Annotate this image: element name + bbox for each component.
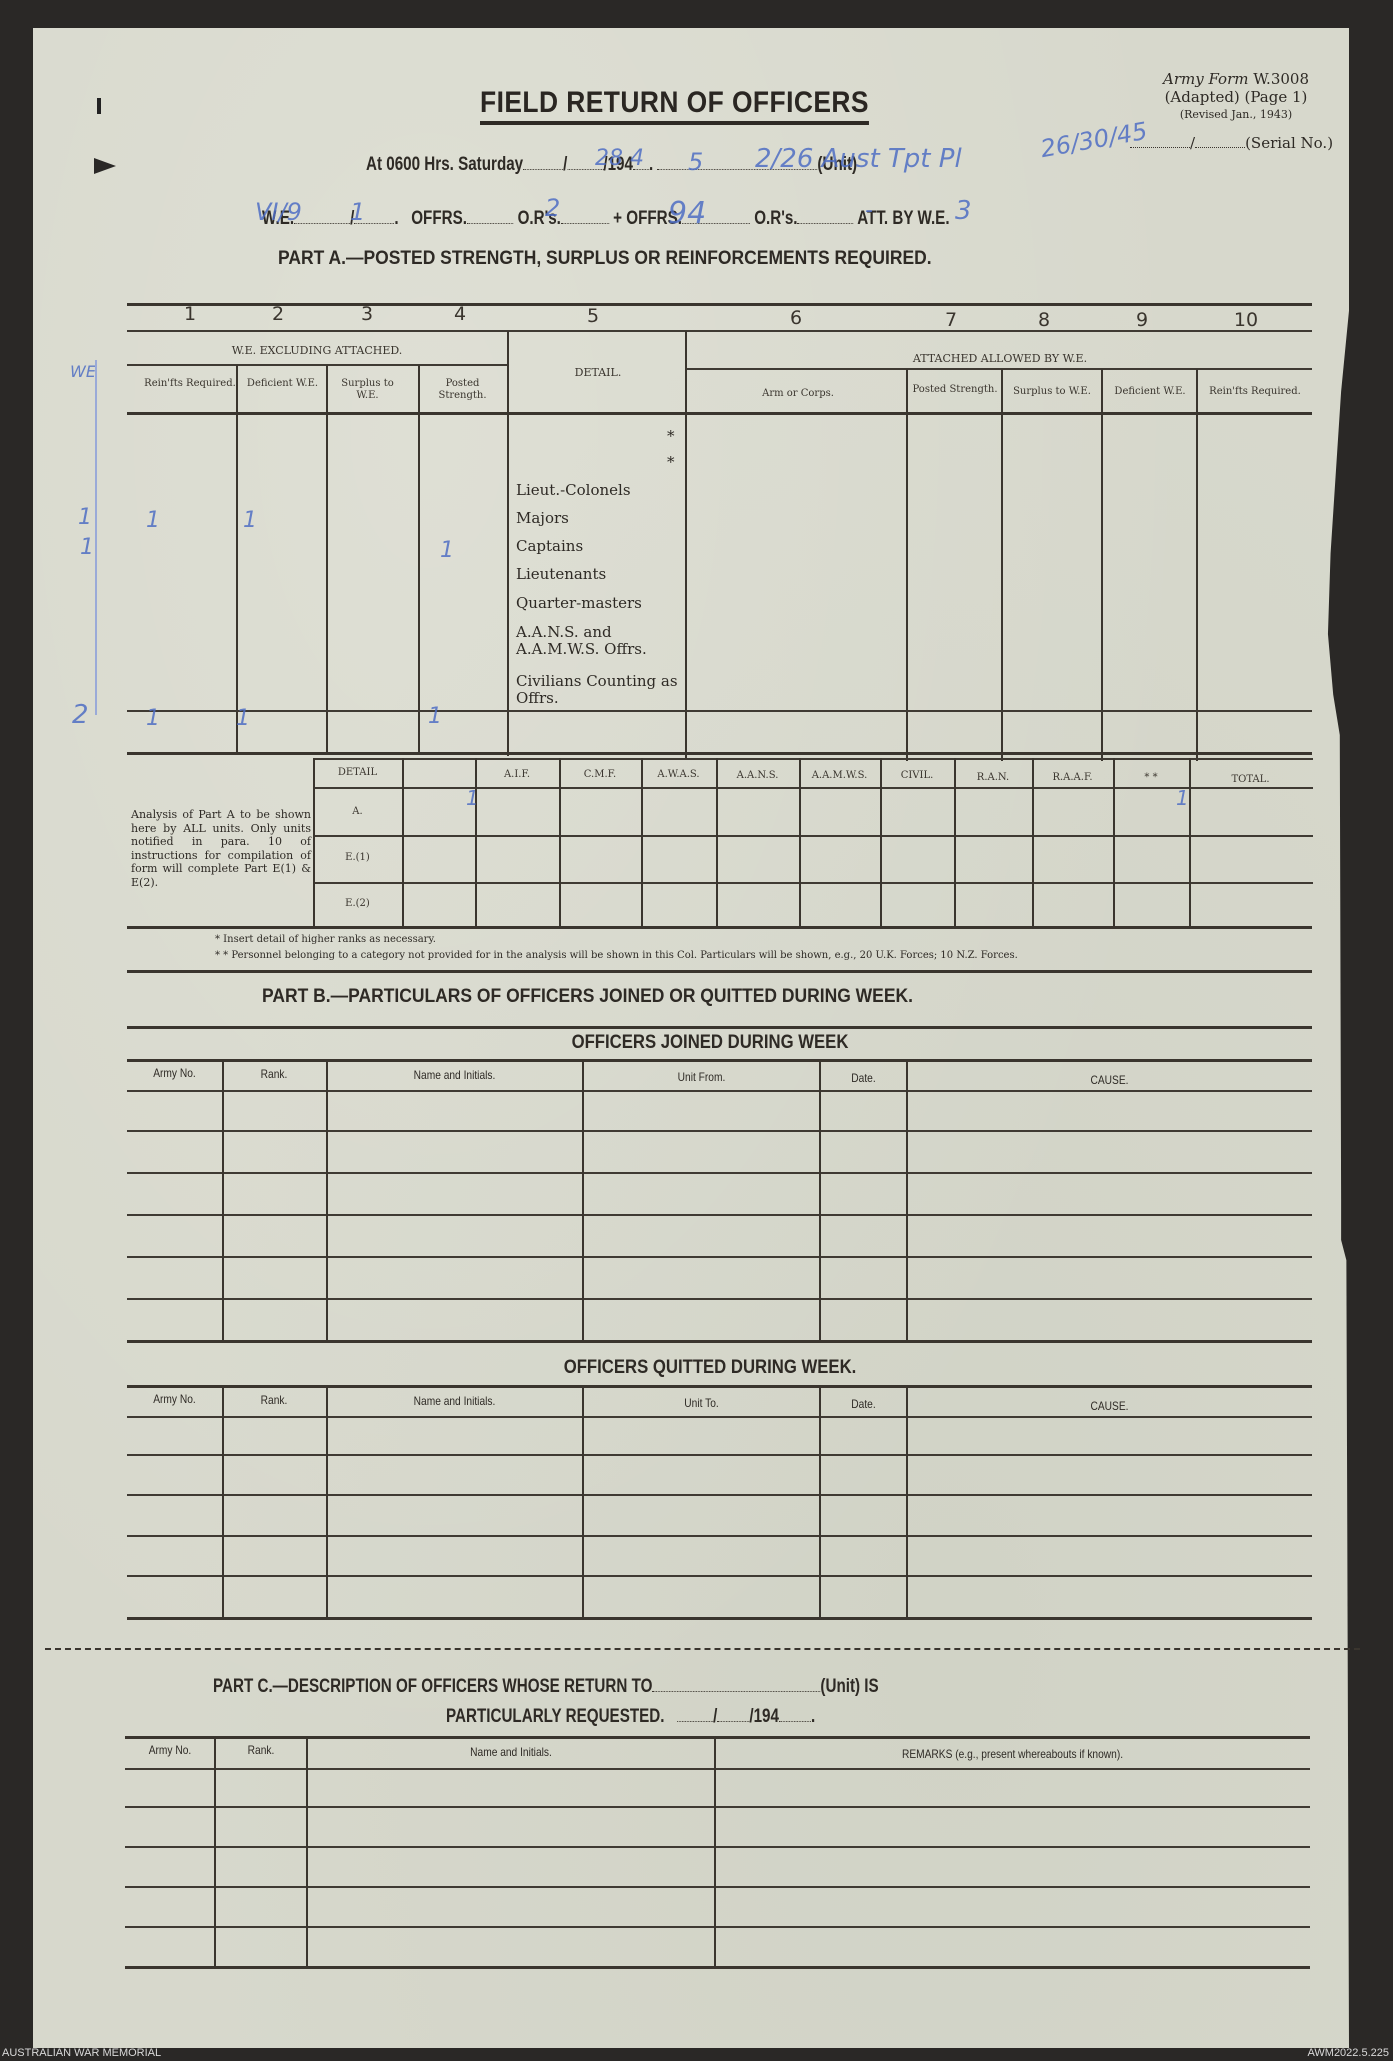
footnote-1: * Insert detail of higher ranks as neces… — [215, 934, 436, 945]
majors-reinfts: 1 — [146, 508, 160, 533]
col-deficient-we: Deficient W.E. — [240, 378, 325, 390]
unit-handwritten[interactable]: 2/26 Aust Tpt Pl — [755, 144, 962, 174]
offrs2-handwritten: - — [865, 198, 873, 223]
perforation-line[interactable] — [45, 1648, 1360, 1650]
col-attached-reinfts: Rein'fts Required. — [1198, 386, 1312, 398]
rank-lieutenants: Lieutenants — [516, 566, 606, 583]
margin-bracket — [95, 360, 97, 715]
col-number-9: 9 — [1122, 309, 1162, 331]
rule — [125, 1966, 1310, 1969]
rule — [125, 1736, 1310, 1739]
rule — [127, 926, 1312, 929]
divider — [716, 758, 718, 928]
rule — [127, 303, 1312, 306]
rank-majors: Majors — [516, 510, 569, 527]
part-c-row-line — [125, 1806, 1310, 1808]
ors2-handwritten: 3 — [955, 196, 972, 226]
asterisk-2: * — [667, 454, 675, 471]
rule — [127, 970, 1312, 973]
analysis-col-total: TOTAL. — [1189, 774, 1312, 786]
joined-col-unit-from: Unit From. — [601, 1070, 802, 1084]
day-handwritten: 28 4 — [595, 146, 644, 171]
joined-row-line — [127, 1214, 1312, 1216]
divider — [1101, 369, 1103, 761]
divider — [507, 331, 509, 756]
col-number-4: 4 — [440, 303, 480, 325]
punch-mark — [97, 98, 101, 114]
analysis-col-aamws: A.A.M.W.S. — [799, 770, 880, 782]
serial-field[interactable]: /(Serial No.) — [1130, 134, 1333, 152]
rule — [127, 1340, 1312, 1343]
joined-row-line — [127, 1256, 1312, 1258]
joined-row-line — [127, 1130, 1312, 1132]
form-ref-code: W.3008 — [1253, 70, 1309, 88]
margin-we-note: WE — [70, 362, 96, 381]
analysis-col-civil: CIVIL. — [880, 770, 954, 782]
rank-quarter-masters: Quarter-masters — [516, 595, 642, 612]
form-ref-italic: Army Form — [1163, 70, 1248, 88]
joined-col-rank: Rank. — [230, 1067, 318, 1081]
divider — [236, 365, 238, 755]
time-day-label: At 0600 Hrs. Saturday — [366, 154, 523, 175]
analysis-a-other-handwritten: 1 — [1176, 786, 1189, 810]
rank-aans-aamws: A.A.N.S. and A.A.M.W.S. Offrs. — [516, 624, 686, 658]
divider — [714, 1737, 716, 1967]
part-a-title: PART A.—POSTED STRENGTH, SURPLUS OR REIN… — [278, 248, 932, 270]
rule — [127, 752, 1312, 755]
col-attached-surplus: Surplus to W.E. — [1002, 386, 1102, 398]
group-we-excluding-attached: W.E. EXCLUDING ATTACHED. — [127, 344, 507, 357]
analysis-col-cmf: C.M.F. — [559, 769, 641, 781]
part-c-col-rank: Rank. — [222, 1743, 300, 1757]
rule — [127, 1090, 1312, 1092]
analysis-note: Analysis of Part A to be shown here by A… — [131, 808, 311, 889]
rule — [127, 364, 507, 366]
joined-row-line — [127, 1172, 1312, 1174]
divider — [559, 758, 561, 928]
joined-col-name: Name and Initials. — [345, 1068, 563, 1082]
part-c-row-line — [125, 1886, 1310, 1888]
analysis-col-aans: A.A.N.S. — [716, 770, 799, 782]
rule — [313, 787, 1313, 789]
rule — [313, 882, 1313, 884]
col-attached-posted-strength: Posted Strength. — [908, 384, 1002, 396]
rank-lieut-colonels: Lieut.-Colonels — [516, 482, 631, 499]
rule — [686, 368, 1312, 370]
divider — [402, 758, 404, 928]
rule — [127, 330, 1312, 332]
part-c-row-line — [125, 1926, 1310, 1928]
quitted-row-line — [127, 1454, 1312, 1456]
rule — [127, 412, 1312, 415]
divider — [418, 365, 420, 755]
col-detail: DETAIL. — [508, 366, 688, 379]
divider — [582, 1060, 584, 1342]
quitted-title: OFFICERS QUITTED DURING WEEK. — [455, 1357, 965, 1379]
divider — [326, 365, 328, 755]
rule — [127, 1617, 1312, 1620]
col-number-6: 6 — [776, 307, 816, 329]
rule — [313, 758, 1313, 760]
group-attached-allowed: ATTACHED ALLOWED BY W.E. — [688, 352, 1312, 365]
rank-civilians: Civilians Counting as Offrs. — [516, 673, 686, 707]
joined-col-cause: CAUSE. — [937, 1073, 1281, 1087]
quitted-col-army-no: Army No. — [134, 1392, 215, 1406]
quitted-col-rank: Rank. — [230, 1393, 318, 1407]
part-c-col-remarks: REMARKS (e.g., present whereabouts if kn… — [760, 1747, 1266, 1761]
archive-caption-left: AUSTRALIAN WAR MEMORIAL — [2, 2047, 161, 2059]
divider — [326, 1060, 328, 1342]
total-reinfts: 1 — [146, 706, 160, 731]
col-number-5: 5 — [573, 305, 613, 327]
analysis-row-e2: E.(2) — [313, 898, 402, 910]
analysis-row-e1: E.(1) — [313, 852, 402, 864]
divider — [906, 1060, 908, 1342]
joined-col-army-no: Army No. — [134, 1066, 215, 1080]
we-handwritten-1: VI/9 — [255, 198, 302, 226]
punch-hole — [94, 158, 116, 174]
ors-handwritten: 94 — [668, 196, 706, 231]
analysis-col-ran: R.A.N. — [954, 772, 1032, 784]
analysis-col-detail: DETAIL — [313, 767, 402, 779]
margin-majors: 1 — [78, 505, 92, 530]
offrs-label: OFFRS. — [411, 208, 467, 229]
rule — [125, 1768, 1310, 1770]
rule — [127, 1026, 1312, 1029]
quitted-col-cause: CAUSE. — [937, 1399, 1281, 1413]
majors-deficient: 1 — [243, 508, 257, 533]
divider — [906, 1386, 908, 1618]
analysis-col-raaf: R.A.A.F. — [1032, 772, 1113, 784]
joined-col-date: Date. — [827, 1071, 901, 1085]
divider — [799, 758, 801, 928]
total-deficient: 1 — [236, 706, 250, 731]
plus-sign: + — [613, 208, 622, 229]
part-c-title-line-1: PART C.—DESCRIPTION OF OFFICERS WHOSE RE… — [213, 1676, 879, 1698]
analysis-col-awas: A.W.A.S. — [641, 769, 716, 781]
divider — [582, 1386, 584, 1618]
captains-posted: 1 — [440, 538, 454, 563]
we-handwritten-2: 1 — [350, 198, 365, 226]
rule — [127, 1385, 1312, 1388]
divider — [880, 758, 882, 928]
divider — [1196, 369, 1198, 761]
footnote-2: * * Personnel belonging to a category no… — [215, 950, 1018, 961]
rule — [313, 835, 1313, 837]
divider — [222, 1386, 224, 1618]
margin-total: 2 — [72, 700, 89, 730]
joined-title: OFFICERS JOINED DURING WEEK — [455, 1032, 965, 1054]
divider — [906, 369, 908, 761]
divider — [214, 1737, 216, 1967]
form-ref-revised: (Revised Jan., 1943) — [1163, 106, 1309, 124]
analysis-col-other: * * — [1113, 772, 1189, 784]
quitted-row-line — [127, 1494, 1312, 1496]
quitted-row-line — [127, 1575, 1312, 1577]
month-handwritten: 5 — [688, 148, 703, 176]
quitted-row-line — [127, 1535, 1312, 1537]
col-number-7: 7 — [931, 309, 971, 331]
part-c-col-army-no: Army No. — [132, 1743, 209, 1757]
col-posted-strength: Posted Strength. — [420, 378, 505, 402]
col-number-3: 3 — [347, 303, 387, 325]
col-number-1: 1 — [170, 303, 210, 325]
margin-captains: 1 — [80, 535, 94, 560]
quitted-col-unit-to: Unit To. — [601, 1396, 802, 1410]
rule — [127, 710, 1312, 712]
col-surplus-to-we: Surplus to W.E. — [330, 378, 405, 402]
col-arm-or-corps: Arm or Corps. — [688, 388, 908, 400]
form-ref-adapted: (Adapted) (Page 1) — [1163, 88, 1309, 106]
part-c-title-line-2: PARTICULARLY REQUESTED. //194. — [446, 1706, 815, 1728]
col-reinfts-required: Rein'fts Required. — [140, 378, 240, 390]
col-number-8: 8 — [1024, 309, 1064, 331]
total-posted: 1 — [428, 704, 442, 729]
divider — [819, 1060, 821, 1342]
serial-label: (Serial No.) — [1245, 134, 1333, 152]
analysis-a-handwritten: 1 — [466, 786, 479, 810]
joined-row-line — [127, 1298, 1312, 1300]
divider — [641, 758, 643, 928]
divider — [222, 1060, 224, 1342]
col-number-10: 10 — [1226, 309, 1266, 331]
part-c-row-line — [125, 1846, 1310, 1848]
form-reference: Army Form W.3008 (Adapted) (Page 1) (Rev… — [1163, 70, 1309, 124]
form-title: FIELD RETURN OF OFFICERS — [480, 86, 869, 125]
rank-captains: Captains — [516, 538, 583, 555]
analysis-col-aif: A.I.F. — [475, 769, 559, 781]
analysis-row-a: A. — [313, 806, 402, 818]
archive-caption-right: AWM2022.5.225 — [1307, 2047, 1389, 2059]
ors2-label: O.R's. — [754, 208, 797, 229]
part-b-title: PART B.—PARTICULARS OF OFFICERS JOINED O… — [262, 986, 913, 1008]
divider — [1001, 369, 1003, 761]
offrs-handwritten: 2 — [545, 194, 560, 222]
divider — [475, 758, 477, 928]
quitted-col-name: Name and Initials. — [345, 1394, 563, 1408]
col-attached-deficient: Deficient W.E. — [1102, 386, 1198, 398]
col-number-2: 2 — [258, 303, 298, 325]
divider — [306, 1737, 308, 1967]
divider — [819, 1386, 821, 1618]
rule — [127, 1416, 1312, 1418]
rule — [127, 1059, 1312, 1062]
quitted-col-date: Date. — [827, 1397, 901, 1411]
asterisk-1: * — [667, 428, 675, 445]
divider — [326, 1386, 328, 1618]
part-c-col-name: Name and Initials. — [338, 1745, 685, 1759]
